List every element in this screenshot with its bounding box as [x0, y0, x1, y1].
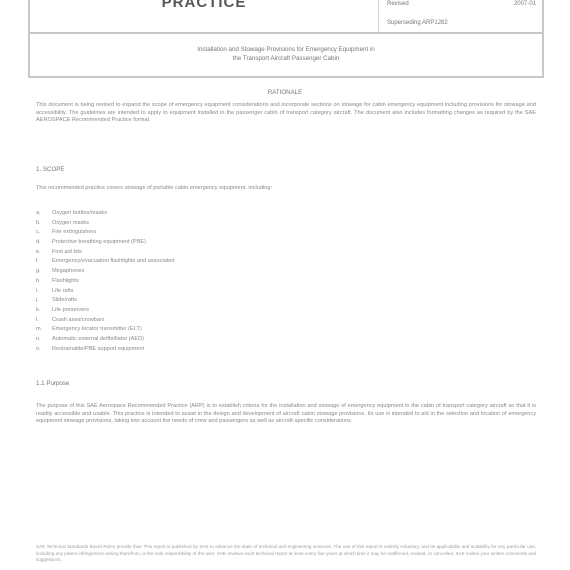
document-type-label: PRACTICE [30, 0, 378, 11]
superseding-row: Superseding ARP1282 [387, 20, 536, 26]
list-item-letter: e. [36, 248, 52, 258]
document-page: PRACTICE Revised 2007-01 Superseding ARP… [0, 0, 570, 570]
list-item: h.Flashlights [36, 277, 296, 287]
equipment-list: a.Oxygen bottles/masksb.Oxygen masksc.Fi… [36, 209, 296, 354]
title-line-2: the Transport Aircraft Passenger Cabin [233, 54, 340, 63]
list-item-label: Fire extinguishers [52, 228, 96, 238]
list-item-letter: c. [36, 228, 52, 238]
list-item-letter: i. [36, 287, 52, 297]
revision-info: Revised 2007-01 Superseding ARP1282 [378, 0, 542, 32]
list-item: l.Crash axes/crowbars [36, 316, 296, 326]
footer-notice: SAE Technical Standards Board Rules prov… [36, 544, 536, 564]
list-item: a.Oxygen bottles/masks [36, 209, 296, 219]
list-item: c.Fire extinguishers [36, 228, 296, 238]
title-line-1: Installation and Stowage Provisions for … [197, 45, 374, 54]
rationale-paragraph: This document is being revised to expand… [36, 102, 536, 125]
revised-label: Revised [387, 1, 409, 7]
superseding-label: Superseding ARP1282 [387, 20, 448, 26]
list-item: n.Automatic external defibrillator (AED) [36, 335, 296, 345]
list-item: f.Emergency/evacuation flashlights and a… [36, 257, 296, 267]
list-item: o.Restrainable/PBE support equipment [36, 345, 296, 355]
list-item-letter: f. [36, 257, 52, 267]
list-item: e.First aid kits [36, 248, 296, 258]
list-item-label: Oxygen masks [52, 219, 89, 229]
list-item-letter: j. [36, 296, 52, 306]
list-item-letter: a. [36, 209, 52, 219]
scope-intro: This recommended practice covers stowage… [36, 185, 536, 193]
list-item: i.Life rafts [36, 287, 296, 297]
list-item: d.Protective breathing equipment (PBE) [36, 238, 296, 248]
rationale-heading: RATIONALE [0, 89, 570, 96]
list-item-letter: n. [36, 335, 52, 345]
list-item: k.Life preservers [36, 306, 296, 316]
list-item: b.Oxygen masks [36, 219, 296, 229]
list-item: j.Slide/rafts [36, 296, 296, 306]
list-item: g.Megaphones [36, 267, 296, 277]
purpose-paragraph: The purpose of this SAE Aerospace Recomm… [36, 403, 536, 426]
list-item-label: Oxygen bottles/masks [52, 209, 107, 219]
revised-row: Revised 2007-01 [387, 1, 536, 7]
list-item-label: Restrainable/PBE support equipment [52, 345, 144, 355]
list-item-label: Life preservers [52, 306, 89, 316]
list-item-letter: g. [36, 267, 52, 277]
list-item-label: Emergency locator transmitter (ELT) [52, 325, 142, 335]
list-item-label: Emergency/evacuation flashlights and ass… [52, 257, 175, 267]
list-item: m.Emergency locator transmitter (ELT) [36, 325, 296, 335]
list-item-label: Life rafts [52, 287, 73, 297]
list-item-label: Megaphones [52, 267, 84, 277]
document-header: PRACTICE Revised 2007-01 Superseding ARP… [28, 0, 544, 78]
list-item-label: Slide/rafts [52, 296, 77, 306]
document-title: Installation and Stowage Provisions for … [30, 32, 542, 76]
scope-heading: 1. SCOPE [36, 166, 65, 173]
list-item-letter: l. [36, 316, 52, 326]
revised-date: 2007-01 [514, 1, 536, 7]
list-item-letter: m. [36, 325, 52, 335]
list-item-label: Flashlights [52, 277, 79, 287]
list-item-letter: k. [36, 306, 52, 316]
header-top-row: PRACTICE Revised 2007-01 Superseding ARP… [30, 0, 542, 34]
list-item-letter: h. [36, 277, 52, 287]
list-item-label: Automatic external defibrillator (AED) [52, 335, 144, 345]
list-item-label: Protective breathing equipment (PBE) [52, 238, 146, 248]
list-item-letter: d. [36, 238, 52, 248]
purpose-heading: 1.1 Purpose [36, 380, 69, 387]
list-item-label: First aid kits [52, 248, 82, 258]
list-item-letter: o. [36, 345, 52, 355]
list-item-letter: b. [36, 219, 52, 229]
list-item-label: Crash axes/crowbars [52, 316, 105, 326]
